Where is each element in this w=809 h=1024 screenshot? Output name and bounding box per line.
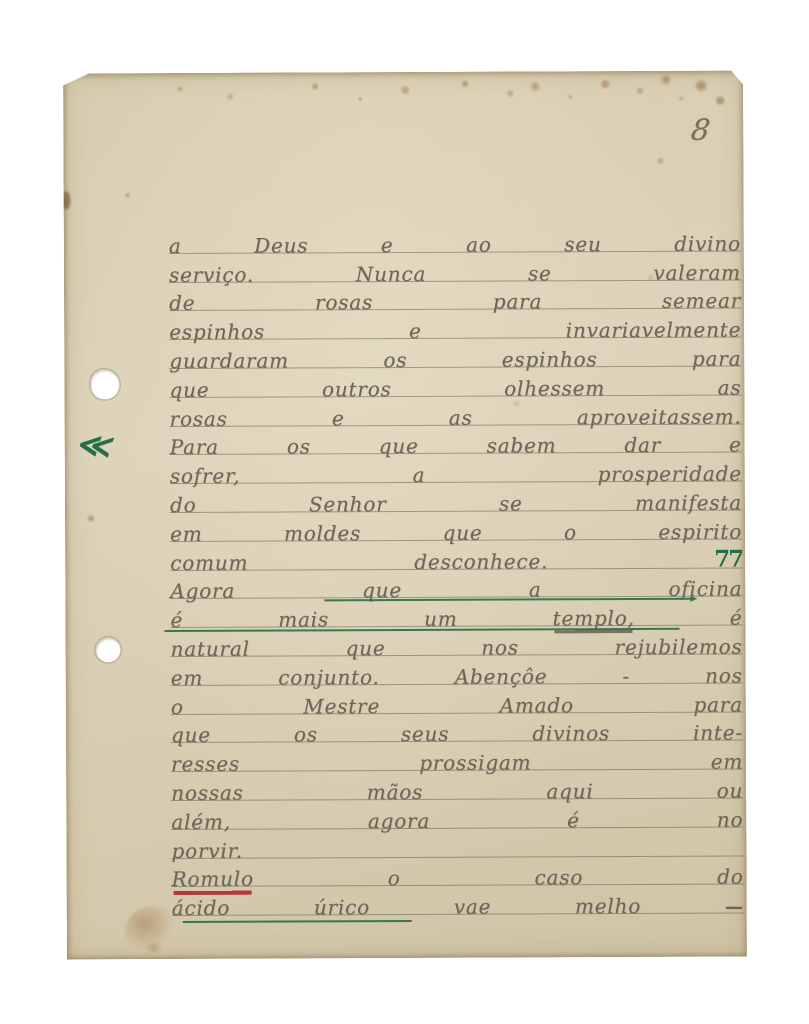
- manuscript-line: Romuloocasodo: [171, 856, 743, 887]
- handwritten-word: melho: [575, 894, 641, 918]
- manuscript-line: espinhoseinvariavelmente: [169, 309, 741, 340]
- manuscript-line: ressesprossigamem: [171, 741, 743, 772]
- stain-left-edge: [62, 191, 71, 209]
- manuscript-line: rosaseasaproveitassem.: [169, 395, 741, 426]
- manuscript-line: naturalquenosrejubilemos: [170, 626, 742, 657]
- manuscript-line: émaisumtemplo,é: [170, 597, 742, 628]
- scanned-document: 8 ≪ aDeuseaoseudivinoserviço.Nuncasevale…: [0, 0, 809, 1024]
- green-underline: [183, 920, 412, 923]
- hole-punch-top: [90, 369, 119, 399]
- manuscript-line: sofrer,aprosperidade: [170, 453, 742, 484]
- manuscript-line: ácidoúricovaemelho—: [172, 885, 744, 916]
- foxing-spots: [63, 73, 67, 77]
- manuscript-line: Paraosquesabemdare: [170, 424, 742, 455]
- manuscript-line: doSenhorsemanifesta: [170, 482, 742, 513]
- manuscript-line: além,agoraéno: [171, 798, 743, 829]
- manuscript-line: comumdesconhece.77: [170, 539, 742, 570]
- manuscript-text: aDeuseaoseudivinoserviço.Nuncasevaleramd…: [169, 223, 744, 917]
- manuscript-line: queoutrosolhessemas: [169, 367, 741, 398]
- manuscript-line: guardaramosespinhospara: [169, 338, 741, 369]
- manuscript-line: emmoldesqueoespirito: [170, 510, 742, 541]
- manuscript-line: Agoraqueaoficina: [170, 568, 742, 599]
- hole-punch-bottom: [96, 637, 121, 662]
- manuscript-line: serviço.Nuncasevaleram: [169, 251, 741, 282]
- manuscript-line: nossasmãosaquiou: [171, 770, 743, 801]
- manuscript-line: emconjunto.Abençôe-nos: [171, 654, 743, 685]
- manuscript-line: oMestreAmadopara: [171, 683, 743, 714]
- stain-bottom-left-small: [145, 941, 163, 955]
- handwritten-word: vae: [454, 895, 492, 919]
- manuscript-page: 8 ≪ aDeuseaoseudivinoserviço.Nuncasevale…: [63, 71, 747, 960]
- continuation-dash: —: [725, 897, 744, 918]
- manuscript-line: queosseusdivinosinte-: [171, 712, 743, 743]
- handwritten-word: úrico: [314, 895, 370, 919]
- manuscript-line: aDeuseaoseudivino: [169, 223, 741, 254]
- page-number: 8: [689, 113, 712, 147]
- green-open-quote-mark: ≪: [73, 424, 116, 465]
- manuscript-line: porvir.: [171, 827, 743, 858]
- manuscript-line: derosasparasemear: [169, 280, 741, 311]
- handwritten-word: ácido: [172, 896, 230, 920]
